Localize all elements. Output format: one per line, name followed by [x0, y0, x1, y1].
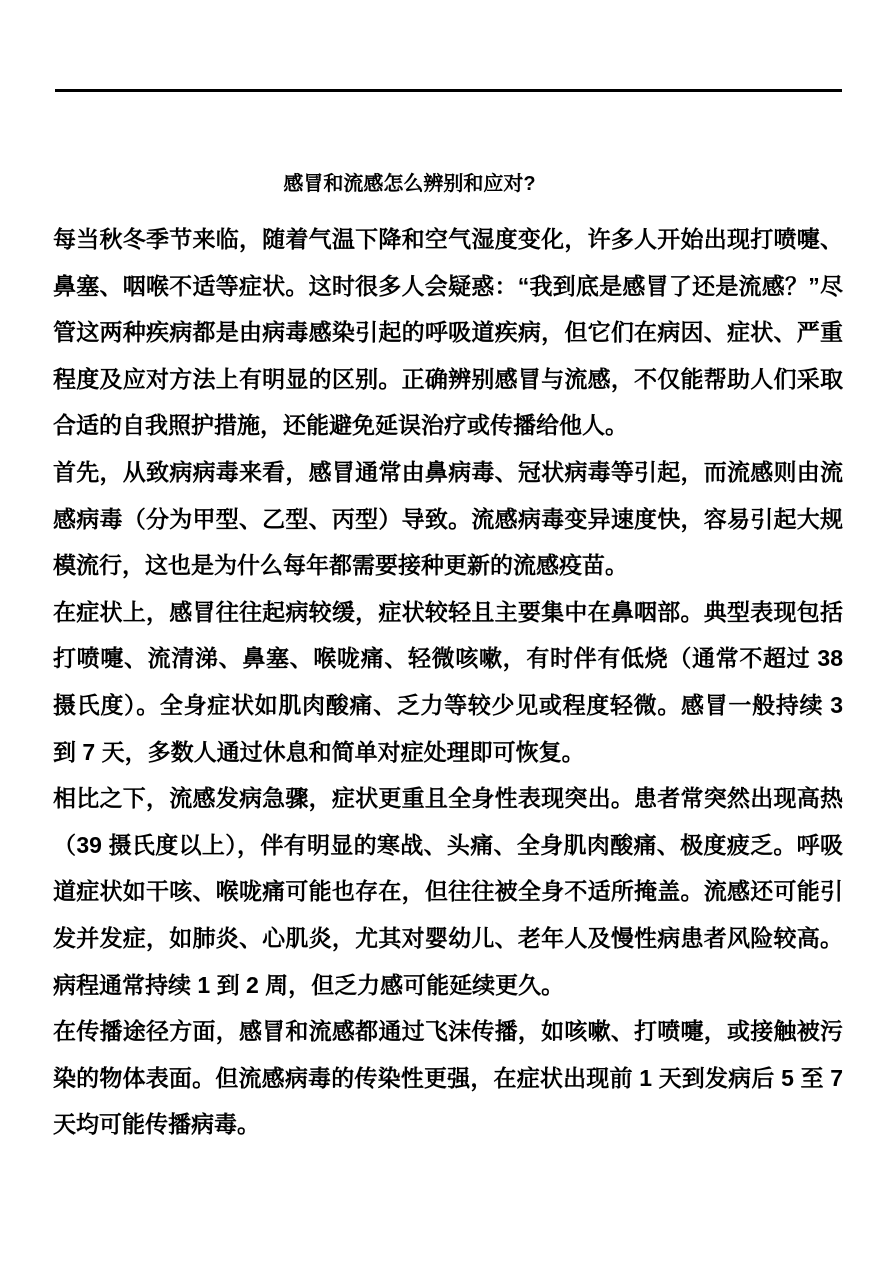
paragraph-4-line-3: 道症状如干咳、喉咙痛可能也存在，但往往被全身不适所掩盖。流感还可能引: [53, 868, 843, 915]
paragraph-4-line-5: 病程通常持续 1 到 2 周，但乏力感可能延续更久。: [53, 962, 843, 1009]
paragraph-2-line-2: 感病毒（分为甲型、乙型、丙型）导致。流感病毒变异速度快，容易引起大规: [53, 496, 843, 543]
paragraph-1-line-3: 管这两种疾病都是由病毒感染引起的呼吸道疾病，但它们在病因、症状、严重: [53, 309, 843, 356]
paragraph-3-line-2: 打喷嚏、流清涕、鼻塞、喉咙痛、轻微咳嗽，有时伴有低烧（通常不超过 38: [53, 635, 843, 682]
paragraph-1-line-4: 程度及应对方法上有明显的区别。正确辨别感冒与流感，不仅能帮助人们采取: [53, 356, 843, 403]
paragraph-1-line-5: 合适的自我照护措施，还能避免延误治疗或传播给他人。: [53, 402, 843, 449]
document-body: 每当秋冬季节来临，随着气温下降和空气湿度变化，许多人开始出现打喷嚏、鼻塞、咽喉不…: [53, 216, 843, 1148]
paragraph-5-line-1: 在传播途径方面，感冒和流感都通过飞沫传播，如咳嗽、打喷嚏，或接触被污: [53, 1008, 843, 1055]
paragraph-2-line-3: 模流行，这也是为什么每年都需要接种更新的流感疫苗。: [53, 542, 843, 589]
paragraph-4-line-1: 相比之下，流感发病急骤，症状更重且全身性表现突出。患者常突然出现高热: [53, 775, 843, 822]
paragraph-4-line-4: 发并发症，如肺炎、心肌炎，尤其对婴幼儿、老年人及慢性病患者风险较高。: [53, 915, 843, 962]
paragraph-2-line-1: 首先，从致病病毒来看，感冒通常由鼻病毒、冠状病毒等引起，而流感则由流: [53, 449, 843, 496]
paragraph-1-line-1: 每当秋冬季节来临，随着气温下降和空气湿度变化，许多人开始出现打喷嚏、: [53, 216, 843, 263]
paragraph-5-line-3: 天均可能传播病毒。: [53, 1101, 843, 1148]
paragraph-5-line-2: 染的物体表面。但流感病毒的传染性更强，在症状出现前 1 天到发病后 5 至 7: [53, 1055, 843, 1102]
header-rule: [55, 89, 842, 92]
document-page: 感冒和流感怎么辨别和应对? 每当秋冬季节来临，随着气温下降和空气湿度变化，许多人…: [0, 0, 893, 1262]
paragraph-3-line-1: 在症状上，感冒往往起病较缓，症状较轻且主要集中在鼻咽部。典型表现包括: [53, 589, 843, 636]
paragraph-3-line-4: 到 7 天，多数人通过休息和简单对症处理即可恢复。: [53, 729, 843, 776]
document-title: 感冒和流感怎么辨别和应对?: [0, 168, 819, 200]
paragraph-4-line-2: （39 摄氏度以上），伴有明显的寒战、头痛、全身肌肉酸痛、极度疲乏。呼吸: [53, 822, 843, 869]
paragraph-3-line-3: 摄氏度）。全身症状如肌肉酸痛、乏力等较少见或程度轻微。感冒一般持续 3: [53, 682, 843, 729]
paragraph-1-line-2: 鼻塞、咽喉不适等症状。这时很多人会疑惑：“我到底是感冒了还是流感？”尽: [53, 263, 843, 310]
